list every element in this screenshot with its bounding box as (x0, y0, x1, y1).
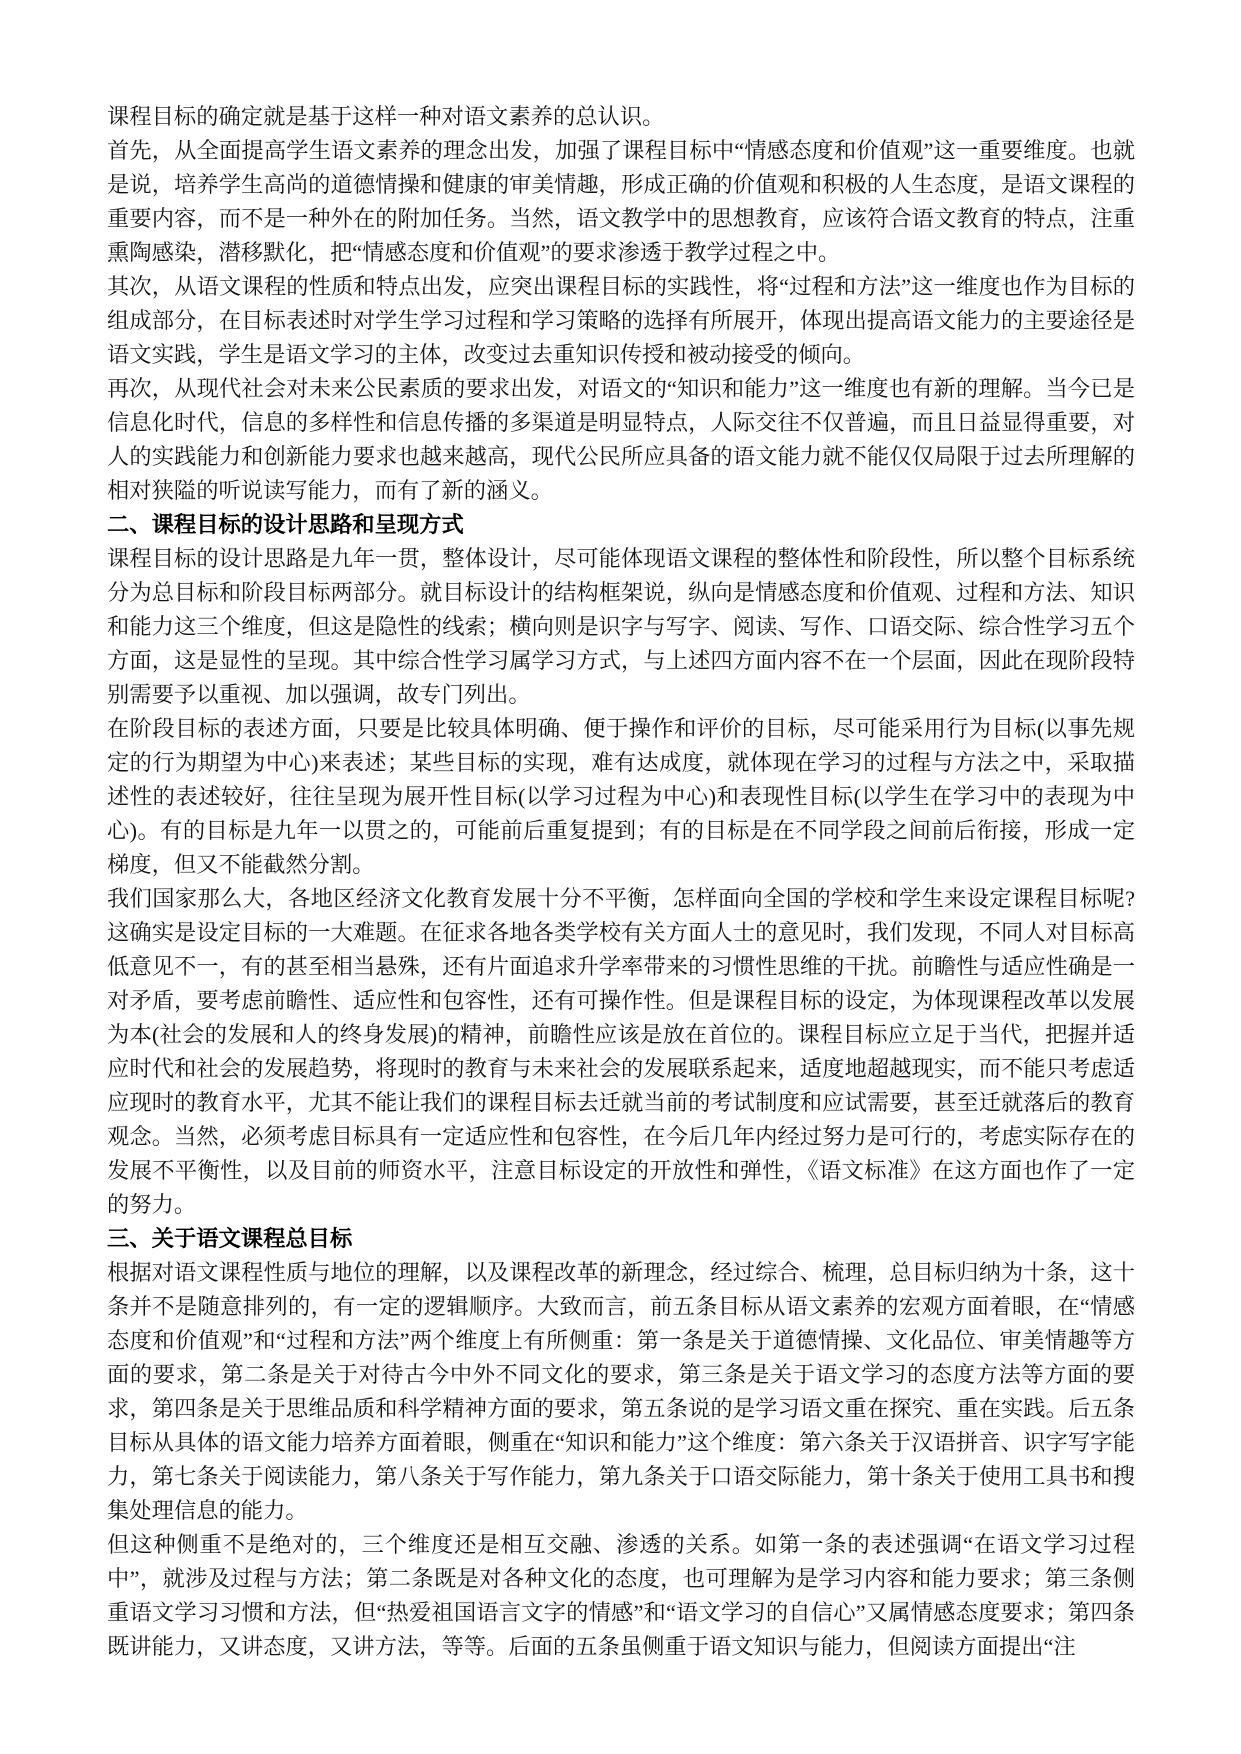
document-body: 课程目标的确定就是基于这样一种对语文素养的总认识。 首先，从全面提高学生语文素养… (107, 100, 1135, 1664)
paragraph: 课程目标的确定就是基于这样一种对语文素养的总认识。 (107, 100, 1135, 134)
paragraph: 课程目标的设计思路是九年一贯，整体设计，尽可能体现语文课程的整体性和阶段性，所以… (107, 542, 1135, 712)
paragraph: 再次，从现代社会对未来公民素质的要求出发，对语文的“知识和能力”这一维度也有新的… (107, 372, 1135, 508)
paragraph: 但这种侧重不是绝对的，三个维度还是相互交融、渗透的关系。如第一条的表述强调“在语… (107, 1528, 1135, 1664)
section-heading-overall-goals: 三、关于语文课程总目标 (107, 1222, 1135, 1256)
document-page: 课程目标的确定就是基于这样一种对语文素养的总认识。 首先，从全面提高学生语文素养… (0, 0, 1241, 1754)
paragraph: 在阶段目标的表述方面，只要是比较具体明确、便于操作和评价的目标，尽可能采用行为目… (107, 712, 1135, 882)
paragraph: 首先，从全面提高学生语文素养的理念出发，加强了课程目标中“情感态度和价值观”这一… (107, 134, 1135, 270)
paragraph: 我们国家那么大，各地区经济文化教育发展十分不平衡，怎样面向全国的学校和学生来设定… (107, 882, 1135, 1222)
paragraph: 其次，从语文课程的性质和特点出发，应突出课程目标的实践性，将“过程和方法”这一维… (107, 270, 1135, 372)
section-heading-design: 二、课程目标的设计思路和呈现方式 (107, 508, 1135, 542)
paragraph: 根据对语文课程性质与地位的理解，以及课程改革的新理念，经过综合、梳理，总目标归纳… (107, 1256, 1135, 1528)
